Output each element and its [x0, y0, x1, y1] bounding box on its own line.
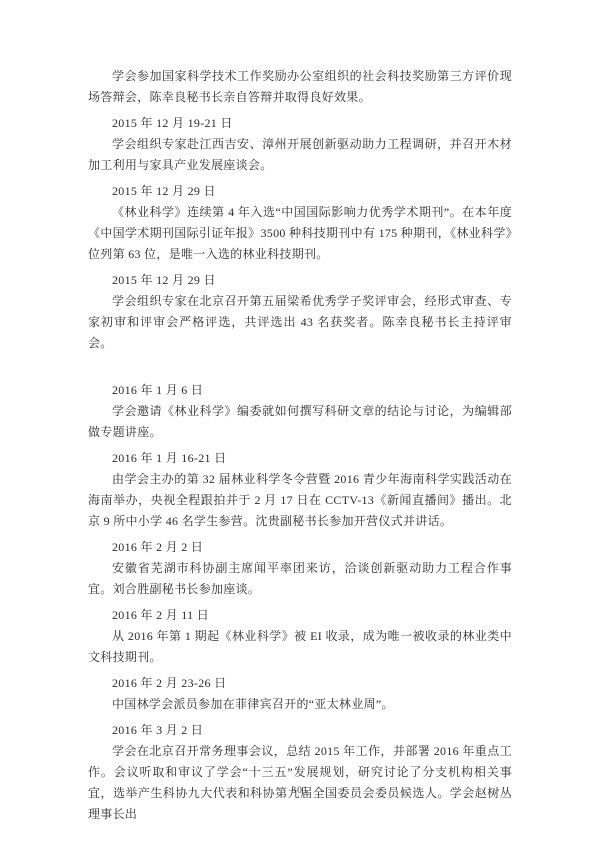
entry-text: 学会组织专家在北京召开第五届梁希优秀学子奖评审会，经形式审查、专家初审和评审会严…	[88, 291, 512, 354]
chronicle-entry: 2016 年 2 月 11 日 从 2016 年第 1 期起《林业科学》被 EI…	[88, 605, 512, 668]
entry-text: 学会邀请《林业科学》编委就如何撰写科研文章的结论与讨论，为编辑部做专题讲座。	[88, 401, 512, 443]
entry-date: 2016 年 3 月 2 日	[88, 720, 512, 741]
entry-date: 2015 年 12 月 19-21 日	[88, 113, 512, 134]
entry-text: 学会参加国家科学技术工作奖励办公室组织的社会科技奖励第三方评价现场答辩会，陈幸良…	[88, 66, 512, 108]
entry-text: 由学会主办的第 32 届林业科学冬令营暨 2016 青少年海南科学实践活动在海南…	[88, 469, 512, 532]
chronicle-entry: 2015 年 12 月 29 日 《林业科学》连续第 4 年入选“中国国际影响力…	[88, 181, 512, 265]
entry-text: 从 2016 年第 1 期起《林业科学》被 EI 收录，成为唯一被收录的林业类中…	[88, 626, 512, 668]
entry-date: 2016 年 2 月 11 日	[88, 605, 512, 626]
entry-date: 2016 年 1 月 16-21 日	[88, 448, 512, 469]
chronicle-entry: 2016 年 1 月 6 日 学会邀请《林业科学》编委就如何撰写科研文章的结论与…	[88, 380, 512, 443]
entry-date: 2015 年 12 月 29 日	[88, 181, 512, 202]
entry-date: 2015 年 12 月 29 日	[88, 270, 512, 291]
chronicle-entry: 2015 年 12 月 29 日 学会组织专家在北京召开第五届梁希优秀学子奖评审…	[88, 270, 512, 354]
document-page: 学会参加国家科学技术工作奖励办公室组织的社会科技奖励第三方评价现场答辩会，陈幸良…	[0, 0, 600, 848]
entry-date: 2016 年 2 月 2 日	[88, 537, 512, 558]
entry-text: 学会在北京召开常务理事会议，总结 2015 年工作，并部署 2016 年重点工作…	[88, 741, 512, 825]
page-number: 301	[0, 786, 600, 796]
entry-date: 2016 年 1 月 6 日	[88, 380, 512, 401]
chronicle-entry: 2016 年 1 月 16-21 日 由学会主办的第 32 届林业科学冬令营暨 …	[88, 448, 512, 532]
entry-text: 安徽省芜湖市科协副主席闻平率团来访，洽谈创新驱动助力工程合作事宜。刘合胜副秘书长…	[88, 558, 512, 600]
chronicle-entry: 2016 年 3 月 2 日 学会在北京召开常务理事会议，总结 2015 年工作…	[88, 720, 512, 825]
chronicle-entry: 2016 年 2 月 23-26 日 中国林学会派员参加在菲律宾召开的“亚太林业…	[88, 673, 512, 715]
entry-text: 学会组织专家赴江西吉安、漳州开展创新驱动助力工程调研，并召开木材加工利用与家具产…	[88, 134, 512, 176]
chronicle-entries: 学会参加国家科学技术工作奖励办公室组织的社会科技奖励第三方评价现场答辩会，陈幸良…	[88, 66, 512, 825]
chronicle-entry: 2015 年 12 月 19-21 日 学会组织专家赴江西吉安、漳州开展创新驱动…	[88, 113, 512, 176]
entry-text: 《林业科学》连续第 4 年入选“中国国际影响力优秀学术期刊”。在本年度《中国学术…	[88, 202, 512, 265]
entry-text: 中国林学会派员参加在菲律宾召开的“亚太林业周”。	[88, 694, 512, 715]
chronicle-entry: 2016 年 2 月 2 日 安徽省芜湖市科协副主席闻平率团来访，洽谈创新驱动助…	[88, 537, 512, 600]
chronicle-entry: 学会参加国家科学技术工作奖励办公室组织的社会科技奖励第三方评价现场答辩会，陈幸良…	[88, 66, 512, 108]
entry-date: 2016 年 2 月 23-26 日	[88, 673, 512, 694]
